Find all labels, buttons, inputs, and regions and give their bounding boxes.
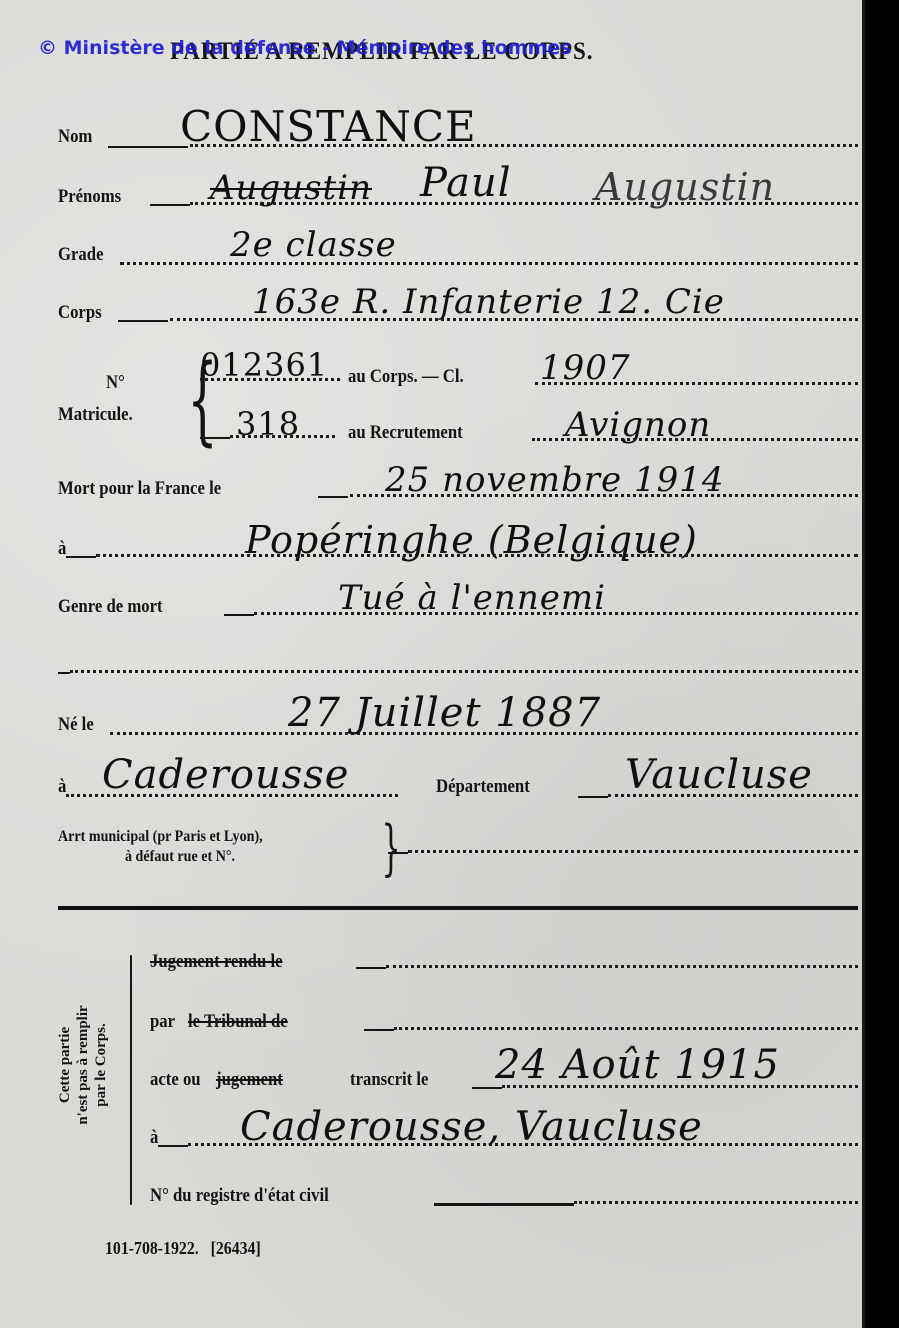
tribunal-label: le Tribunal de [188, 1011, 288, 1033]
acte-value: 24 Août 1915 [495, 1042, 780, 1088]
departement-value: Vaucluse [625, 752, 813, 798]
section-divider [58, 906, 858, 910]
prenoms-struck-value: Augustin [210, 168, 372, 208]
prenoms-added-value: Augustin [595, 165, 775, 209]
card-edge [862, 0, 865, 1328]
genre-mort-value: Tué à l'ennemi [338, 578, 606, 618]
genre-mort-label: Genre de mort [58, 596, 163, 618]
acte-label: transcrit le [350, 1069, 428, 1091]
death-record-card: PARTIE A REMPLIR PAR LE CORPS. © Ministè… [0, 0, 862, 1328]
prenoms-label: Prénoms [58, 186, 121, 208]
corps-label: Corps [58, 302, 102, 324]
ne-le-value: 27 Juillet 1887 [288, 690, 601, 736]
arr-label-line1: Arrt municipal (pr Paris et Lyon), [58, 828, 263, 846]
mort-date-value: 25 novembre 1914 [385, 460, 724, 500]
mort-date-label: Mort pour la France le [58, 478, 221, 500]
nom-value: CONSTANCE [180, 102, 477, 151]
tribunal-prefix: par [150, 1011, 175, 1033]
prenoms-value: Paul [420, 160, 512, 206]
acte-struck: jugement [216, 1069, 283, 1091]
grade-label: Grade [58, 244, 104, 266]
grade-value: 2e classe [230, 225, 397, 265]
matricule-corps-no: 012361 [200, 346, 328, 384]
matricule-label: Matricule. [58, 404, 133, 426]
footer-reference: 101-708-1922. [26434] [105, 1238, 261, 1259]
mort-lieu-value: Popéringhe (Belgique) [245, 518, 698, 562]
departement-label: Département [436, 776, 530, 798]
copyright-watermark: © Ministère de la défense - Mémoire des … [38, 37, 572, 59]
corps-value: 163e R. Infanterie 12. Cie [252, 282, 725, 322]
matricule-no-label: N° [106, 372, 125, 394]
ne-lieu-value: Caderousse [102, 752, 349, 798]
acte-prefix: acte ou [150, 1069, 201, 1091]
classe-value: 1907 [540, 348, 631, 388]
scan-border [866, 0, 899, 1328]
recrutement-value: Avignon [565, 405, 711, 445]
arr-brace: } [382, 818, 401, 878]
nom-label: Nom [58, 126, 92, 148]
lower-brace [130, 955, 132, 1205]
registre-label: N° du registre d'état civil [150, 1185, 329, 1207]
matricule-corps-label: au Corps. — Cl. [348, 366, 464, 388]
arr-label-line2: à défaut rue et N°. [125, 848, 235, 866]
lieu-value: Caderousse, Vaucluse [240, 1104, 703, 1150]
jugement-label: Jugement rendu le [150, 951, 283, 973]
recrutement-label: au Recrutement [348, 422, 463, 444]
ne-le-label: Né le [58, 714, 94, 736]
side-note: Cette partie n'est pas à remplir par le … [56, 970, 110, 1160]
matricule-recrutement-no: 318 [236, 405, 300, 443]
